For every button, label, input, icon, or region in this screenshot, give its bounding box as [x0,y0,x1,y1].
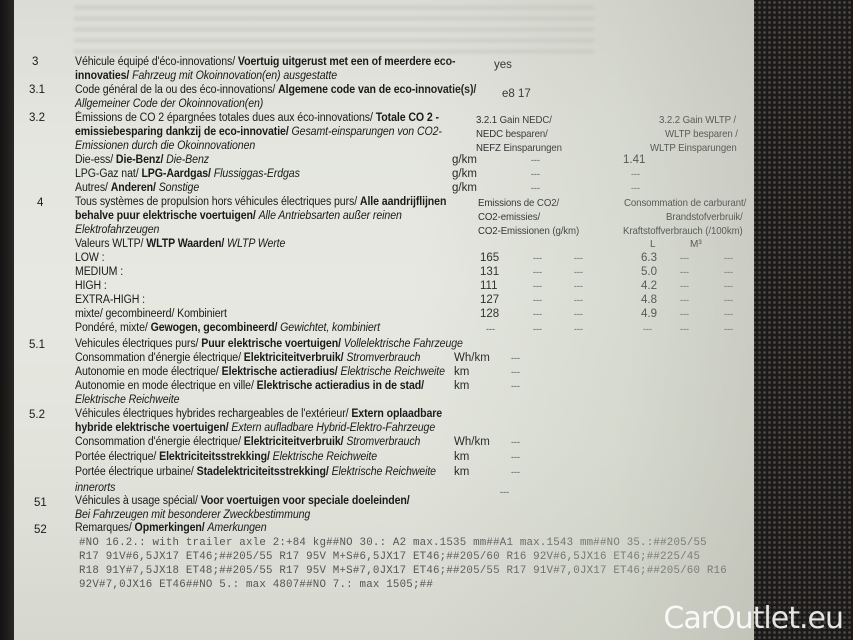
co2-value-3: --- [574,267,583,277]
electric-row-label: Autonomie en mode électrique/ Elektrisch… [75,366,445,378]
fuel-m3-value: --- [680,267,689,277]
co2-savings-label: Émissions de CO 2 épargnées totales dues… [75,112,439,124]
fuel-liters-value: 4.2 [641,280,657,292]
nedc-header: NEFZ Einsparungen [476,142,562,154]
fuel-m3-value-2: --- [724,281,733,291]
section-number: 3.1 [29,84,45,96]
nedc-value: --- [531,155,540,165]
eco-code-label: Code général de la ou des éco-innovation… [75,84,476,96]
section-number: 3 [32,56,38,68]
co2-header: CO2-Emissionen (g/km) [478,225,579,237]
weighted-co2: --- [486,324,495,334]
eco-innovation-value: yes [494,59,512,71]
fuel-header: Brandstofverbruik/ [666,211,743,223]
photo-background-mesh [752,0,853,640]
electric-row-label: Autonomie en mode électrique en ville/ E… [75,380,424,392]
co2-value: 111 [480,280,497,292]
wltp-header: 3.2.2 Gain WLTP / [659,114,736,126]
weighted-label: Pondéré, mixte/ Gewogen, gecombineerd/ G… [75,322,380,334]
propulsion-label: Tous systèmes de propulsion hors véhicul… [75,196,446,208]
weighted-liters: --- [643,324,652,334]
electric-row-label: Portée électrique urbaine/ Stadelektrici… [75,466,436,478]
fuel-row-other: Autres/ Anderen/ Sonstige [75,182,199,194]
fuel-header: Consommation de carburant/ [624,197,746,209]
unit: km [454,380,469,392]
co2-value-3: --- [574,295,583,305]
wltp-value: --- [631,169,640,179]
remarks-line: 92V#7,0JX16 ET46##NO 5.: max 4807##NO 7.… [79,579,433,591]
co2-savings-label-cont2: Emissionen durch die Ökoinnovationen [75,140,255,152]
phev-label: Véhicules électriques hybrides rechargea… [75,408,442,420]
wltp-row-label: mixte/ gecombineerd/ Kombiniert [75,308,227,320]
wltp-row-label: MEDIUM : [75,266,123,278]
fuel-m3-value: --- [680,253,689,263]
electric-value: --- [511,367,520,377]
co2-savings-label-cont: emissiebesparing dankzij de eco-innovati… [75,126,442,138]
electric-value: --- [511,353,520,363]
unit: km [454,451,469,463]
fuel-liters-value: 5.0 [641,266,657,278]
wltp-values-label: Valeurs WLTP/ WLTP Waarden/ WLTP Werte [75,238,285,250]
co2-value-2: --- [533,295,542,305]
unit: km [454,466,469,478]
co2-value-2: --- [533,267,542,277]
co2-value-2: --- [533,253,542,263]
fuel-liters-value: 4.8 [641,294,657,306]
electric-value: --- [511,381,520,391]
city-range-label-cont: Elektrische Reichweite [75,394,179,406]
wltp-row-label: EXTRA-HIGH : [75,294,145,306]
unit: Wh/km [454,352,490,364]
section-number: 52 [34,524,47,536]
nedc-value: --- [531,169,540,179]
unit-cubic-meters: M³ [690,239,702,250]
phev-label-cont: hybride elektrische voertuigen/ Extern a… [75,422,435,434]
fuel-row-diesel: Die-ess/ Die-Benz/ Die-Benz [75,154,209,166]
fuel-row-lpg: LPG-Gaz nat/ LPG-Aardgas/ Flussiggas-Erd… [75,168,300,180]
fuel-m3-value: --- [680,281,689,291]
section-number: 5.2 [29,409,45,421]
remarks-line: #NO 16.2.: with trailer axle 2:+84 kg##N… [79,537,707,549]
electric-row-label: Consommation d'énergie électrique/ Elekt… [75,436,420,448]
co2-header: CO2-emissies/ [478,211,540,223]
nedc-header: 3.2.1 Gain NEDC/ [476,114,552,126]
electric-row-label: Portée électrique/ Elektriciteitsstrekki… [75,451,377,463]
co2-value: 128 [480,308,499,320]
wltp-header: WLTP Einsparungen [650,142,737,154]
co2-value-3: --- [574,281,583,291]
fuel-m3-value-2: --- [724,253,733,263]
fuel-liters-value: 6.3 [641,252,657,264]
electric-value: --- [511,437,520,447]
nedc-value: --- [531,183,540,193]
photo-background-left [0,0,14,640]
co2-value-2: --- [533,281,542,291]
nedc-header: NEDC besparen/ [476,128,548,140]
eco-innovation-label: Véhicule équipé d'éco-innovations/ Voert… [75,56,455,68]
wltp-row-label: HIGH : [75,280,107,292]
electric-row-label: Consommation d'énergie électrique/ Elekt… [75,352,420,364]
eco-innovation-label-cont: innovaties/ Fahrzeug mit Ökoinnovation(e… [75,70,337,82]
unit: g/km [452,182,477,194]
section-number: 51 [34,497,47,509]
weighted-m3: --- [680,324,689,334]
weighted-m3-2: --- [724,324,733,334]
unit: km [454,366,469,378]
urban-range-label-cont: innerorts [75,482,115,494]
eco-code-value: e8 17 [502,88,531,100]
co2-header: Emissions de CO2/ [478,197,559,209]
wltp-value: --- [631,183,640,193]
caroutlet-watermark: CarOutlet.eu [663,601,843,636]
fuel-header: Kraftstoffverbrauch (/100km) [623,225,743,237]
remarks-line: R18 91Y#7,5JX18 ET48;##205/55 R17 95V M+… [79,565,727,577]
section-number: 4 [37,197,43,209]
special-purpose-label: Véhicules à usage spécial/ Voor voertuig… [75,495,410,507]
propulsion-label-cont2: Elektrofahrzeugen [75,224,159,236]
fuel-m3-value: --- [680,309,689,319]
wltp-header: WLTP besparen / [665,128,738,140]
co2-value-3: --- [574,309,583,319]
fuel-m3-value-2: --- [724,267,733,277]
weighted-co2-3: --- [574,324,583,334]
special-purpose-label-cont: Bei Fahrzeugen mit besonderer Zweckbesti… [75,509,310,521]
fuel-m3-value-2: --- [724,309,733,319]
section-number: 5.1 [29,339,45,351]
bleed-through-text [74,6,594,56]
fuel-m3-value-2: --- [724,295,733,305]
unit: g/km [452,154,477,166]
electric-value: --- [511,452,520,462]
co2-value: 165 [480,252,499,264]
fuel-m3-value: --- [680,295,689,305]
unit-liters: L [650,239,656,250]
co2-value: 131 [480,266,499,278]
unit: g/km [452,168,477,180]
wltp-row-label: LOW : [75,252,105,264]
wltp-value: 1.41 [623,154,645,166]
remarks-label: Remarques/ Opmerkingen/ Amerkungen [75,522,267,534]
co2-value-3: --- [574,253,583,263]
eco-code-label-cont: Allgemeiner Code der Ökoinnovation(en) [75,98,263,110]
remarks-line: R17 91V#6,5JX17 ET46;##205/55 R17 95V M+… [79,551,700,563]
certificate-page: 3 Véhicule équipé d'éco-innovations/ Voe… [14,0,754,640]
fuel-liters-value: 4.9 [641,308,657,320]
section-number: 3.2 [29,112,45,124]
co2-value-2: --- [533,309,542,319]
pure-ev-label: Vehicules électriques purs/ Puur elektri… [75,338,463,350]
weighted-co2-2: --- [533,324,542,334]
electric-value: --- [511,467,520,477]
co2-value: 127 [480,294,499,306]
special-purpose-value: --- [500,487,509,497]
propulsion-label-cont: behalve puur elektrische voertuigen/ All… [75,210,402,222]
unit: Wh/km [454,436,490,448]
